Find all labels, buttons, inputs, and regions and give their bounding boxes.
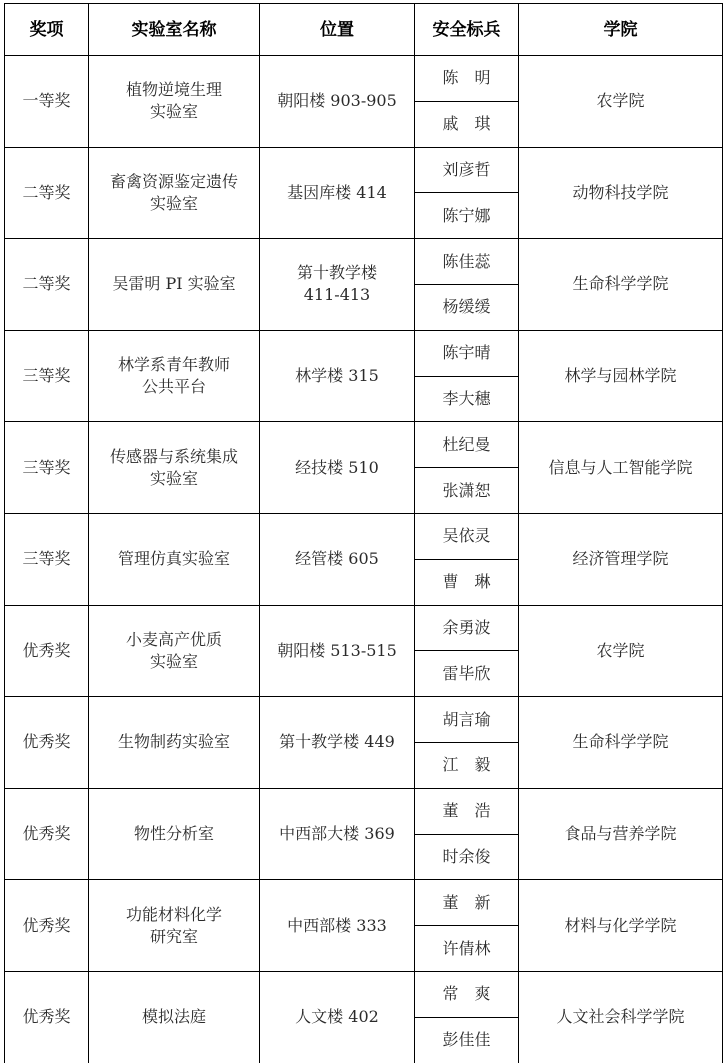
table-row: 三等奖管理仿真实验室经管楼 605吴依灵经济管理学院 [5, 513, 723, 559]
safety-guard-cell: 曹 琳 [415, 559, 519, 605]
college-cell: 材料与化学学院 [519, 880, 723, 972]
lab-name-line: 实验室 [93, 468, 255, 490]
lab-name-cell: 模拟法庭 [89, 971, 260, 1063]
location-line: 基因库楼 414 [264, 182, 410, 204]
safety-guard-cell: 刘彦哲 [415, 147, 519, 193]
safety-guard-cell: 吴依灵 [415, 513, 519, 559]
lab-name-line: 实验室 [93, 101, 255, 123]
award-cell: 优秀奖 [5, 880, 89, 972]
lab-name-line: 吴雷明 PI 实验室 [93, 273, 255, 295]
lab-name-cell: 林学系青年教师公共平台 [89, 330, 260, 422]
award-cell: 优秀奖 [5, 788, 89, 880]
safety-guard-cell: 彭佳佳 [415, 1017, 519, 1063]
location-line: 第十教学楼 449 [264, 731, 410, 753]
award-cell: 一等奖 [5, 56, 89, 148]
lab-name-line: 管理仿真实验室 [93, 548, 255, 570]
table-row: 优秀奖物性分析室中西部大楼 369董 浩食品与营养学院 [5, 788, 723, 834]
location-line: 林学楼 315 [264, 365, 410, 387]
safety-guard-cell: 余勇波 [415, 605, 519, 651]
table-row: 二等奖畜禽资源鉴定遗传实验室基因库楼 414刘彦哲动物科技学院 [5, 147, 723, 193]
lab-name-cell: 畜禽资源鉴定遗传实验室 [89, 147, 260, 239]
safety-guard-cell: 杨缓缓 [415, 284, 519, 330]
lab-name-cell: 生物制药实验室 [89, 697, 260, 789]
table-row: 二等奖吴雷明 PI 实验室第十教学楼411-413陈佳蕊生命科学学院 [5, 239, 723, 285]
safety-guard-cell: 杜纪曼 [415, 422, 519, 468]
safety-guard-cell: 董 浩 [415, 788, 519, 834]
header-row: 奖项 实验室名称 位置 安全标兵 学院 [5, 4, 723, 56]
location-cell: 第十教学楼411-413 [260, 239, 415, 331]
location-cell: 经管楼 605 [260, 513, 415, 605]
award-cell: 三等奖 [5, 422, 89, 514]
location-line: 中西部大楼 369 [264, 823, 410, 845]
lab-name-line: 植物逆境生理 [93, 79, 255, 101]
lab-name-cell: 传感器与系统集成实验室 [89, 422, 260, 514]
safety-guard-cell: 张潇恕 [415, 468, 519, 514]
location-line: 411-413 [264, 284, 410, 306]
location-cell: 第十教学楼 449 [260, 697, 415, 789]
header-lab-name: 实验室名称 [89, 4, 260, 56]
safety-guard-cell: 董 新 [415, 880, 519, 926]
lab-name-line: 实验室 [93, 651, 255, 673]
lab-name-cell: 吴雷明 PI 实验室 [89, 239, 260, 331]
lab-name-line: 研究室 [93, 926, 255, 948]
location-line: 人文楼 402 [264, 1006, 410, 1028]
table-body: 一等奖植物逆境生理实验室朝阳楼 903-905陈 明农学院戚 琪二等奖畜禽资源鉴… [5, 56, 723, 1063]
safety-guard-cell: 戚 琪 [415, 101, 519, 147]
table-row: 三等奖传感器与系统集成实验室经技楼 510杜纪曼信息与人工智能学院 [5, 422, 723, 468]
safety-guard-cell: 李大穗 [415, 376, 519, 422]
lab-name-line: 物性分析室 [93, 823, 255, 845]
location-line: 朝阳楼 513-515 [264, 640, 410, 662]
lab-name-cell: 小麦高产优质实验室 [89, 605, 260, 697]
lab-name-line: 功能材料化学 [93, 904, 255, 926]
safety-guard-cell: 常 爽 [415, 971, 519, 1017]
college-cell: 经济管理学院 [519, 513, 723, 605]
safety-guard-cell: 陈佳蕊 [415, 239, 519, 285]
award-cell: 优秀奖 [5, 605, 89, 697]
location-cell: 人文楼 402 [260, 971, 415, 1063]
college-cell: 农学院 [519, 605, 723, 697]
safety-guard-cell: 江 毅 [415, 742, 519, 788]
award-cell: 二等奖 [5, 239, 89, 331]
location-cell: 林学楼 315 [260, 330, 415, 422]
college-cell: 农学院 [519, 56, 723, 148]
college-cell: 生命科学学院 [519, 239, 723, 331]
lab-name-line: 公共平台 [93, 376, 255, 398]
location-cell: 朝阳楼 903-905 [260, 56, 415, 148]
safety-guard-cell: 陈 明 [415, 56, 519, 102]
awards-table: 奖项 实验室名称 位置 安全标兵 学院 一等奖植物逆境生理实验室朝阳楼 903-… [4, 3, 723, 1063]
table-row: 优秀奖模拟法庭人文楼 402常 爽人文社会科学学院 [5, 971, 723, 1017]
safety-guard-cell: 许倩林 [415, 926, 519, 972]
location-cell: 经技楼 510 [260, 422, 415, 514]
table-row: 优秀奖小麦高产优质实验室朝阳楼 513-515余勇波农学院 [5, 605, 723, 651]
award-cell: 三等奖 [5, 330, 89, 422]
lab-name-cell: 植物逆境生理实验室 [89, 56, 260, 148]
college-cell: 食品与营养学院 [519, 788, 723, 880]
location-line: 经技楼 510 [264, 457, 410, 479]
lab-name-line: 生物制药实验室 [93, 731, 255, 753]
college-cell: 林学与园林学院 [519, 330, 723, 422]
location-cell: 基因库楼 414 [260, 147, 415, 239]
location-cell: 中西部大楼 369 [260, 788, 415, 880]
location-cell: 朝阳楼 513-515 [260, 605, 415, 697]
safety-guard-cell: 陈宇晴 [415, 330, 519, 376]
lab-name-line: 实验室 [93, 193, 255, 215]
location-line: 朝阳楼 903-905 [264, 90, 410, 112]
lab-name-line: 模拟法庭 [93, 1006, 255, 1028]
header-award: 奖项 [5, 4, 89, 56]
safety-guard-cell: 胡言瑜 [415, 697, 519, 743]
header-location: 位置 [260, 4, 415, 56]
table-row: 优秀奖功能材料化学研究室中西部楼 333董 新材料与化学学院 [5, 880, 723, 926]
lab-name-cell: 管理仿真实验室 [89, 513, 260, 605]
safety-guard-cell: 雷毕欣 [415, 651, 519, 697]
lab-name-line: 传感器与系统集成 [93, 446, 255, 468]
lab-name-cell: 物性分析室 [89, 788, 260, 880]
location-cell: 中西部楼 333 [260, 880, 415, 972]
table-row: 一等奖植物逆境生理实验室朝阳楼 903-905陈 明农学院 [5, 56, 723, 102]
safety-guard-cell: 时余俊 [415, 834, 519, 880]
lab-name-cell: 功能材料化学研究室 [89, 880, 260, 972]
college-cell: 信息与人工智能学院 [519, 422, 723, 514]
table-row: 优秀奖生物制药实验室第十教学楼 449胡言瑜生命科学学院 [5, 697, 723, 743]
location-line: 中西部楼 333 [264, 915, 410, 937]
award-cell: 优秀奖 [5, 697, 89, 789]
lab-name-line: 小麦高产优质 [93, 629, 255, 651]
header-safety-guard: 安全标兵 [415, 4, 519, 56]
college-cell: 动物科技学院 [519, 147, 723, 239]
location-line: 经管楼 605 [264, 548, 410, 570]
lab-name-line: 畜禽资源鉴定遗传 [93, 171, 255, 193]
award-cell: 三等奖 [5, 513, 89, 605]
award-cell: 优秀奖 [5, 971, 89, 1063]
award-cell: 二等奖 [5, 147, 89, 239]
college-cell: 生命科学学院 [519, 697, 723, 789]
lab-name-line: 林学系青年教师 [93, 354, 255, 376]
header-college: 学院 [519, 4, 723, 56]
safety-guard-cell: 陈宁娜 [415, 193, 519, 239]
table-row: 三等奖林学系青年教师公共平台林学楼 315陈宇晴林学与园林学院 [5, 330, 723, 376]
location-line: 第十教学楼 [264, 262, 410, 284]
college-cell: 人文社会科学学院 [519, 971, 723, 1063]
